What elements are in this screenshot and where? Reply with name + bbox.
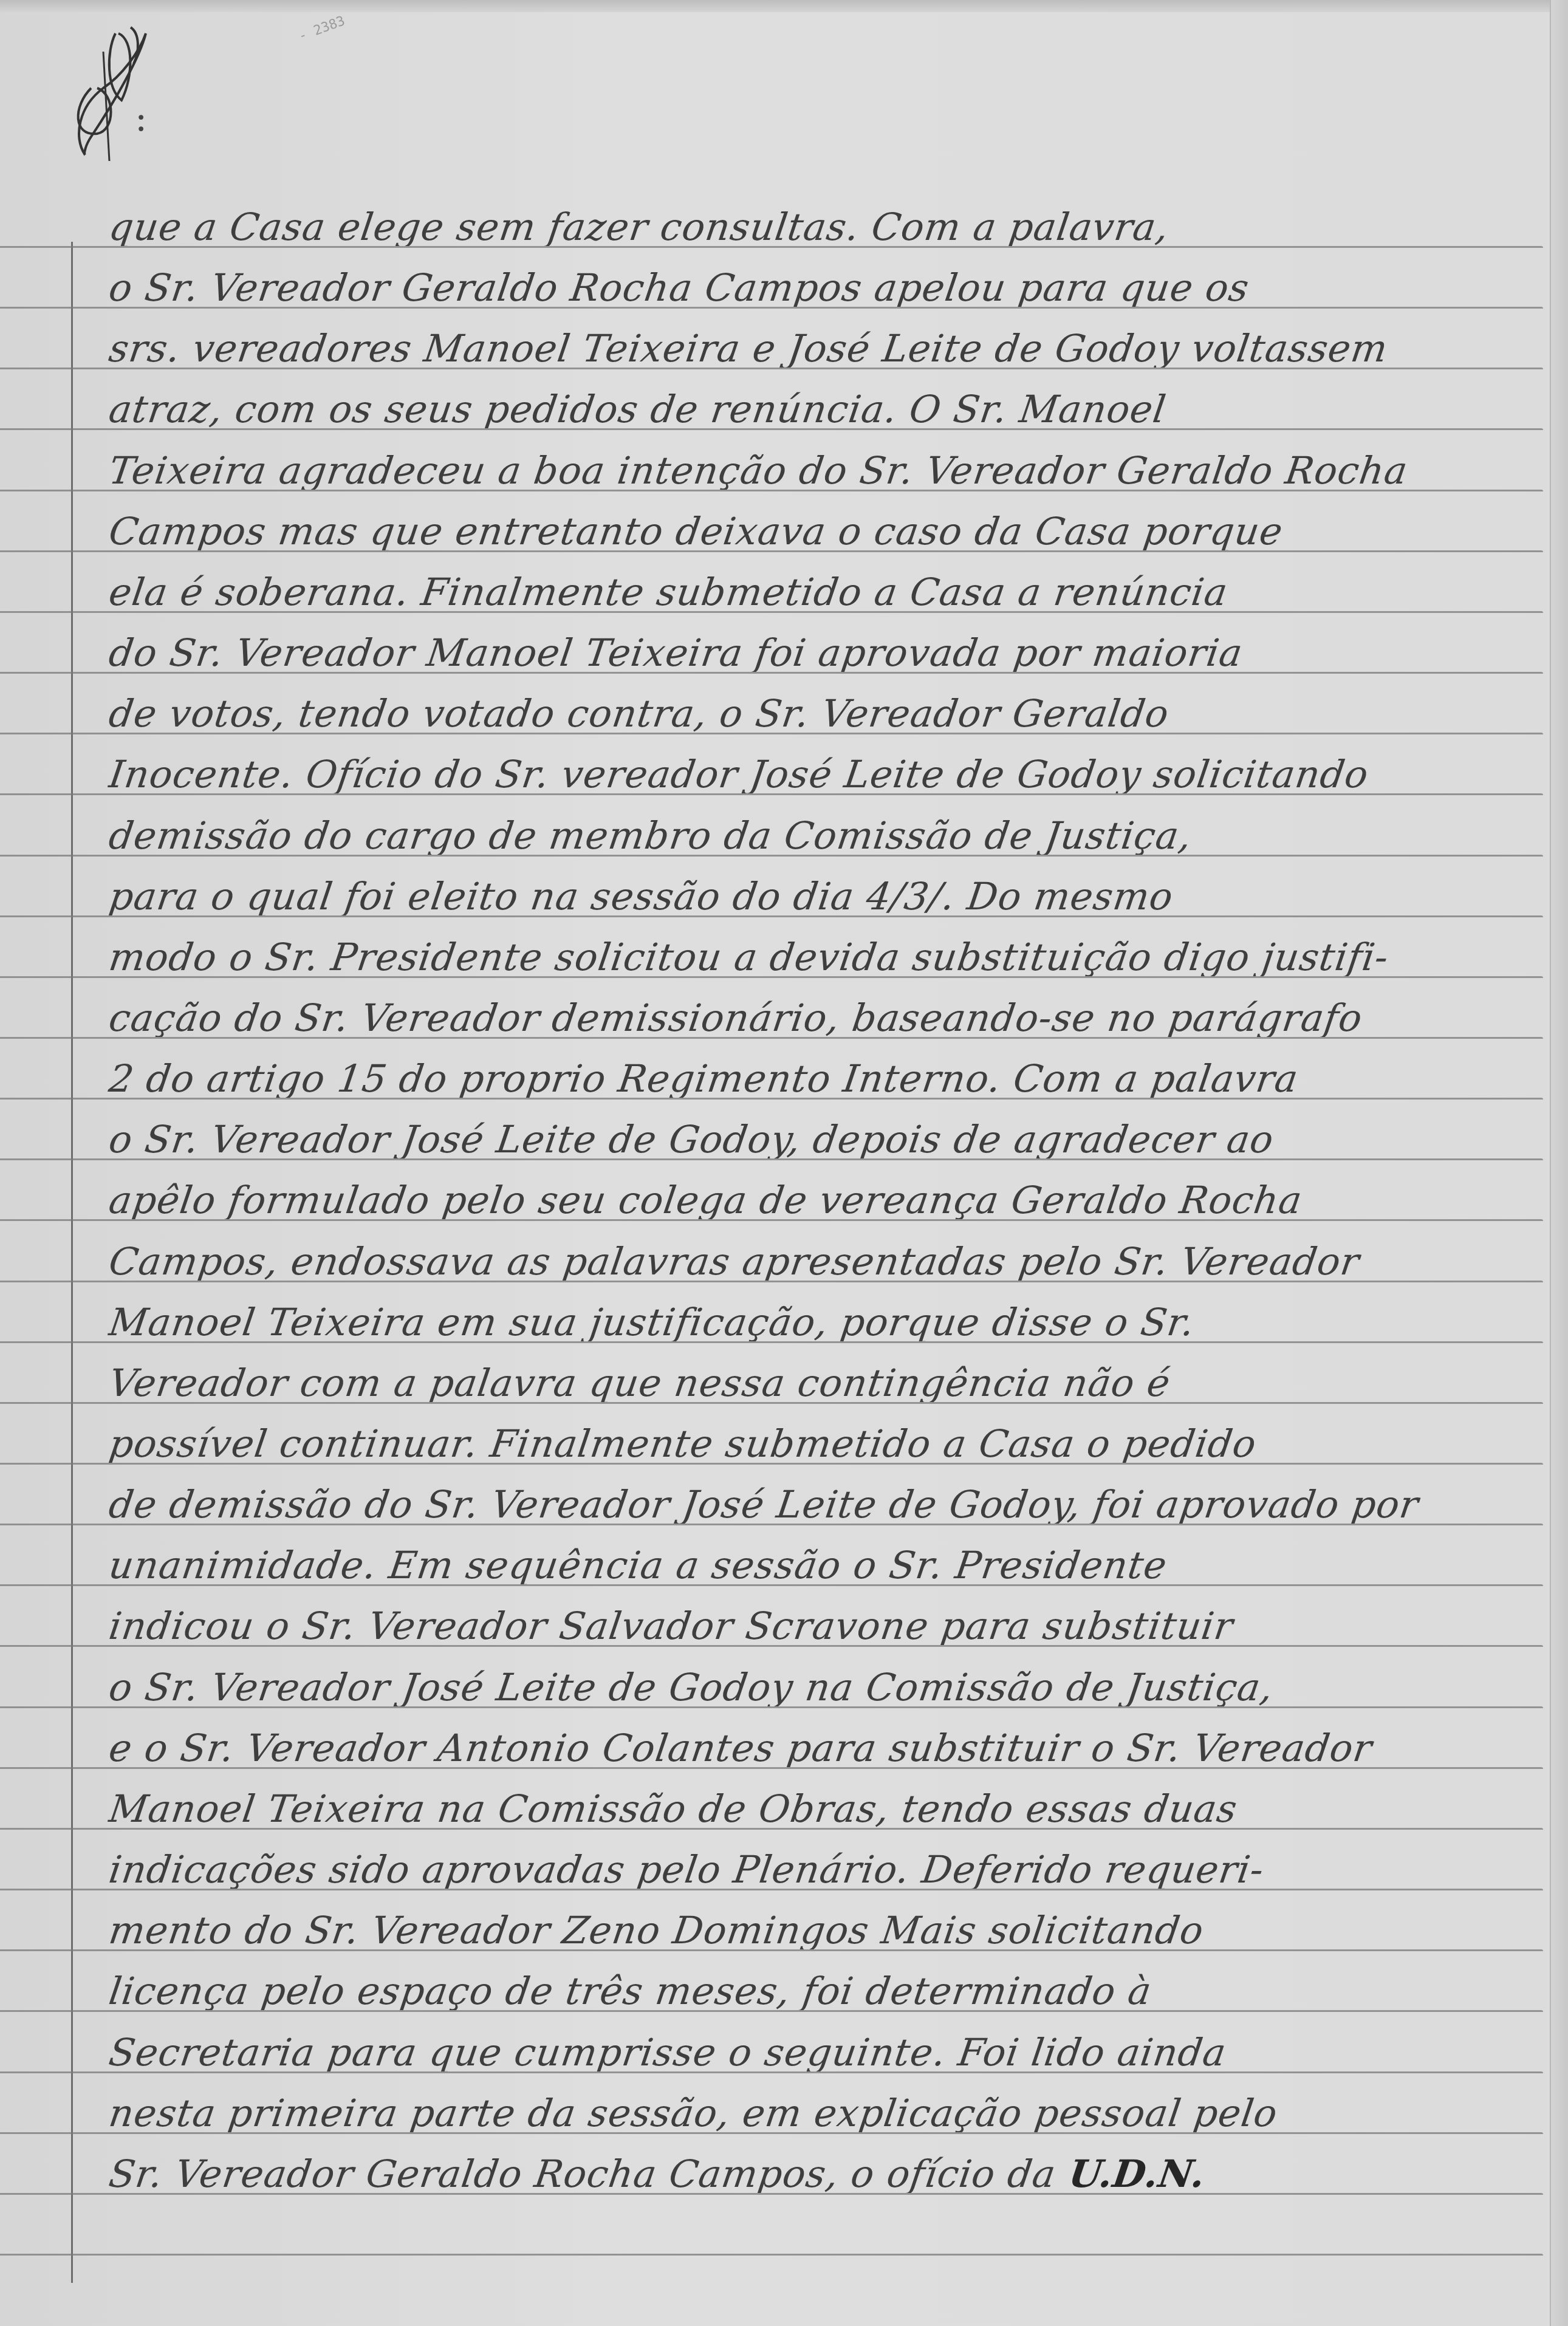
ruled-line: [0, 368, 1543, 369]
handwritten-line: 2 do artigo 15 do proprio Regimento Inte…: [107, 1060, 1528, 1098]
ruled-line: [0, 611, 1543, 613]
ruled-line: [0, 1706, 1543, 1708]
page-top-edge: [0, 0, 1568, 12]
handwritten-line: demissão do cargo de membro da Comissão …: [107, 817, 1528, 855]
handwritten-line: Manoel Teixeira em sua justificação, por…: [107, 1304, 1528, 1341]
ruled-line: [0, 1767, 1543, 1769]
handwritten-line: indicou o Sr. Vereador Salvador Scravone…: [107, 1607, 1528, 1645]
ruled-line: [0, 1828, 1543, 1830]
ruled-line: [0, 2132, 1543, 2134]
ruled-line: [0, 1158, 1543, 1160]
ruled-line: [0, 1524, 1543, 1525]
handwritten-line: mento do Sr. Vereador Zeno Domingos Mais…: [107, 1912, 1528, 1949]
ruled-line: [0, 1645, 1543, 1647]
handwritten-line: Teixeira agradeceu a boa intenção do Sr.…: [107, 452, 1528, 490]
handwritten-line: de demissão do Sr. Vereador José Leite d…: [107, 1486, 1528, 1524]
ruled-line: [0, 428, 1543, 430]
handwritten-line: cação do Sr. Vereador demissionário, bas…: [107, 999, 1528, 1037]
handwritten-line: de votos, tendo votado contra, o Sr. Ver…: [107, 695, 1528, 733]
handwritten-line: Vereador com a palavra que nessa conting…: [107, 1364, 1528, 1402]
ruled-line: [0, 1037, 1543, 1039]
ruled-line: [0, 1949, 1543, 1951]
handwritten-line: licença pelo espaço de três meses, foi d…: [107, 1972, 1528, 2010]
party-abbreviation: U.D.N.: [1053, 2155, 1208, 2193]
ruled-line: [0, 490, 1543, 491]
handwritten-line: atraz, com os seus pedidos de renúncia. …: [107, 391, 1528, 428]
handwritten-line: o Sr. Vereador José Leite de Godoy na Co…: [107, 1669, 1528, 1706]
handwritten-line: apêlo formulado pelo seu colega de verea…: [107, 1182, 1528, 1219]
ruled-line: [0, 2010, 1543, 2012]
ruled-line: [0, 2193, 1543, 2195]
signature-rubric-icon: [49, 15, 170, 161]
ruled-line: [0, 1463, 1543, 1465]
ruled-line: [0, 1341, 1543, 1343]
left-margin-rule: [71, 242, 73, 2283]
handwritten-line: srs. vereadores Manoel Teixeira e José L…: [107, 330, 1528, 368]
ruled-line: [0, 307, 1543, 309]
handwritten-line: Sr. Vereador Geraldo Rocha Campos, o ofí…: [107, 2155, 1528, 2193]
handwritten-line: ela é soberana. Finalmente submetido a C…: [107, 573, 1528, 611]
handwritten-line: do Sr. Vereador Manoel Teixeira foi apro…: [107, 634, 1528, 672]
ruled-line: [0, 550, 1543, 552]
ruled-line: [0, 672, 1543, 674]
handwritten-line: e o Sr. Vereador Antonio Colantes para s…: [107, 1729, 1528, 1767]
handwritten-line: unanimidade. Em sequência a sessão o Sr.…: [107, 1547, 1528, 1584]
ruled-line: [0, 976, 1543, 978]
ruled-line: [0, 1402, 1543, 1404]
ruled-line: [0, 1219, 1543, 1221]
ruled-line: [0, 1098, 1543, 1100]
colon-mark: :: [135, 97, 147, 140]
handwritten-line: Secretaria para que cumprisse o seguinte…: [107, 2034, 1528, 2071]
ruled-line: [0, 793, 1543, 795]
ruled-line: [0, 733, 1543, 734]
ruled-line: [0, 1889, 1543, 1890]
handwritten-line: Inocente. Ofício do Sr. vereador José Le…: [107, 756, 1528, 793]
ruled-line: [0, 915, 1543, 917]
handwritten-line: nesta primeira parte da sessão, em expli…: [107, 2095, 1528, 2132]
ruled-line: [0, 246, 1543, 248]
handwritten-line: o Sr. Vereador Geraldo Rocha Campos apel…: [107, 269, 1528, 307]
handwritten-line: Campos mas que entretanto deixava o caso…: [107, 513, 1528, 550]
handwritten-line: indicações sido aprovadas pelo Plenário.…: [107, 1851, 1528, 1889]
ruled-line: [0, 1584, 1543, 1586]
handwritten-line: modo o Sr. Presidente solicitou a devida…: [107, 939, 1528, 976]
handwritten-line: possível continuar. Finalmente submetido…: [107, 1425, 1528, 1463]
handwritten-line: Manoel Teixeira na Comissão de Obras, te…: [107, 1790, 1528, 1828]
handwritten-line: para o qual foi eleito na sessão do dia …: [107, 878, 1528, 915]
handwritten-line: que a Casa elege sem fazer consultas. Co…: [107, 208, 1528, 246]
archive-stamp: - 2383: [296, 13, 347, 44]
binding-edge: [1550, 0, 1568, 2326]
scanned-page: : - 2383 que a Casa elege sem fazer cons…: [0, 0, 1568, 2326]
handwritten-line: Campos, endossava as palavras apresentad…: [107, 1243, 1528, 1281]
ruled-line: [0, 2254, 1543, 2256]
handwritten-line: o Sr. Vereador José Leite de Godoy, depo…: [107, 1121, 1528, 1158]
